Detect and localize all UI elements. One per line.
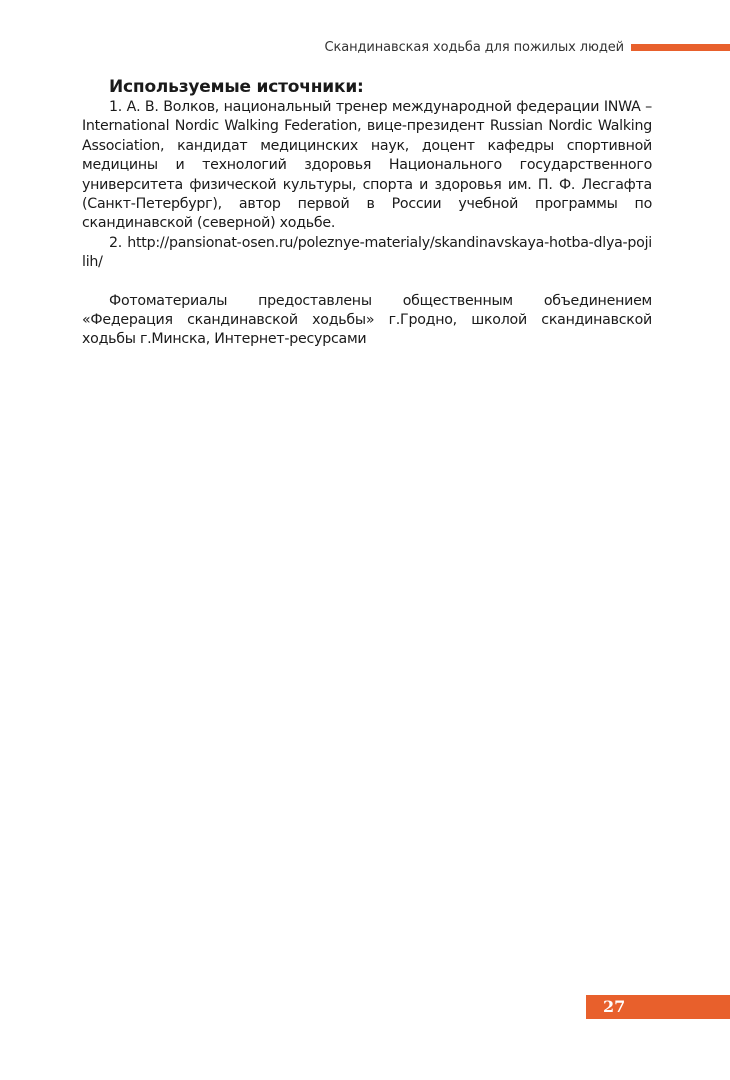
sources-heading: Используемые источники: bbox=[109, 76, 652, 98]
source-item: 1. А. В. Волков, национальный тренер меж… bbox=[82, 98, 652, 234]
page-number: 27 bbox=[603, 995, 625, 1019]
running-title: Скандинавская ходьба для пожилых людей bbox=[325, 38, 624, 58]
header-accent-bar bbox=[631, 44, 730, 51]
page-number-box: 27 bbox=[586, 995, 730, 1019]
photo-credits: Фотоматериалы предоставлены общественным… bbox=[82, 292, 652, 350]
source-item-link: 2. http://pansionat-osen.ru/poleznye-mat… bbox=[82, 234, 652, 273]
running-header: Скандинавская ходьба для пожилых людей bbox=[0, 38, 730, 58]
spacer bbox=[82, 273, 652, 292]
page-content: Используемые источники: 1. А. В. Волков,… bbox=[82, 76, 652, 350]
